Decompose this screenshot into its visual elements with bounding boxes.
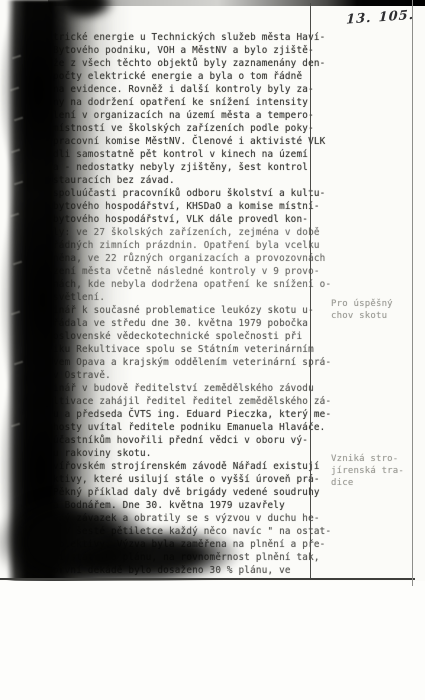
page-number-left: 13. (346, 11, 372, 28)
page-right-edge (412, 0, 413, 586)
margin-note-line: jírenská tra- (331, 465, 419, 477)
margin-rule (310, 3, 311, 579)
handwritten-page-number: 13.105. (346, 7, 421, 27)
margin-note-line: chov skotu (331, 310, 419, 322)
margin-note-cattle: Pro úspěšnýchov skotu (331, 298, 419, 322)
scanned-document-page: trické energie u Technických služeb měst… (0, 0, 425, 700)
page-area: trické energie u Technických služeb měst… (0, 0, 425, 581)
margin-note-line: dice (331, 477, 419, 489)
margin-note-engineering: Vzniká stro-jírenská tra-dice (331, 453, 419, 489)
margin-note-line: Pro úspěšný (331, 298, 419, 310)
page-bottom-edge (0, 578, 415, 580)
page-number-right: 105. (378, 8, 414, 26)
margin-note-line: Vzniká stro- (331, 453, 419, 465)
